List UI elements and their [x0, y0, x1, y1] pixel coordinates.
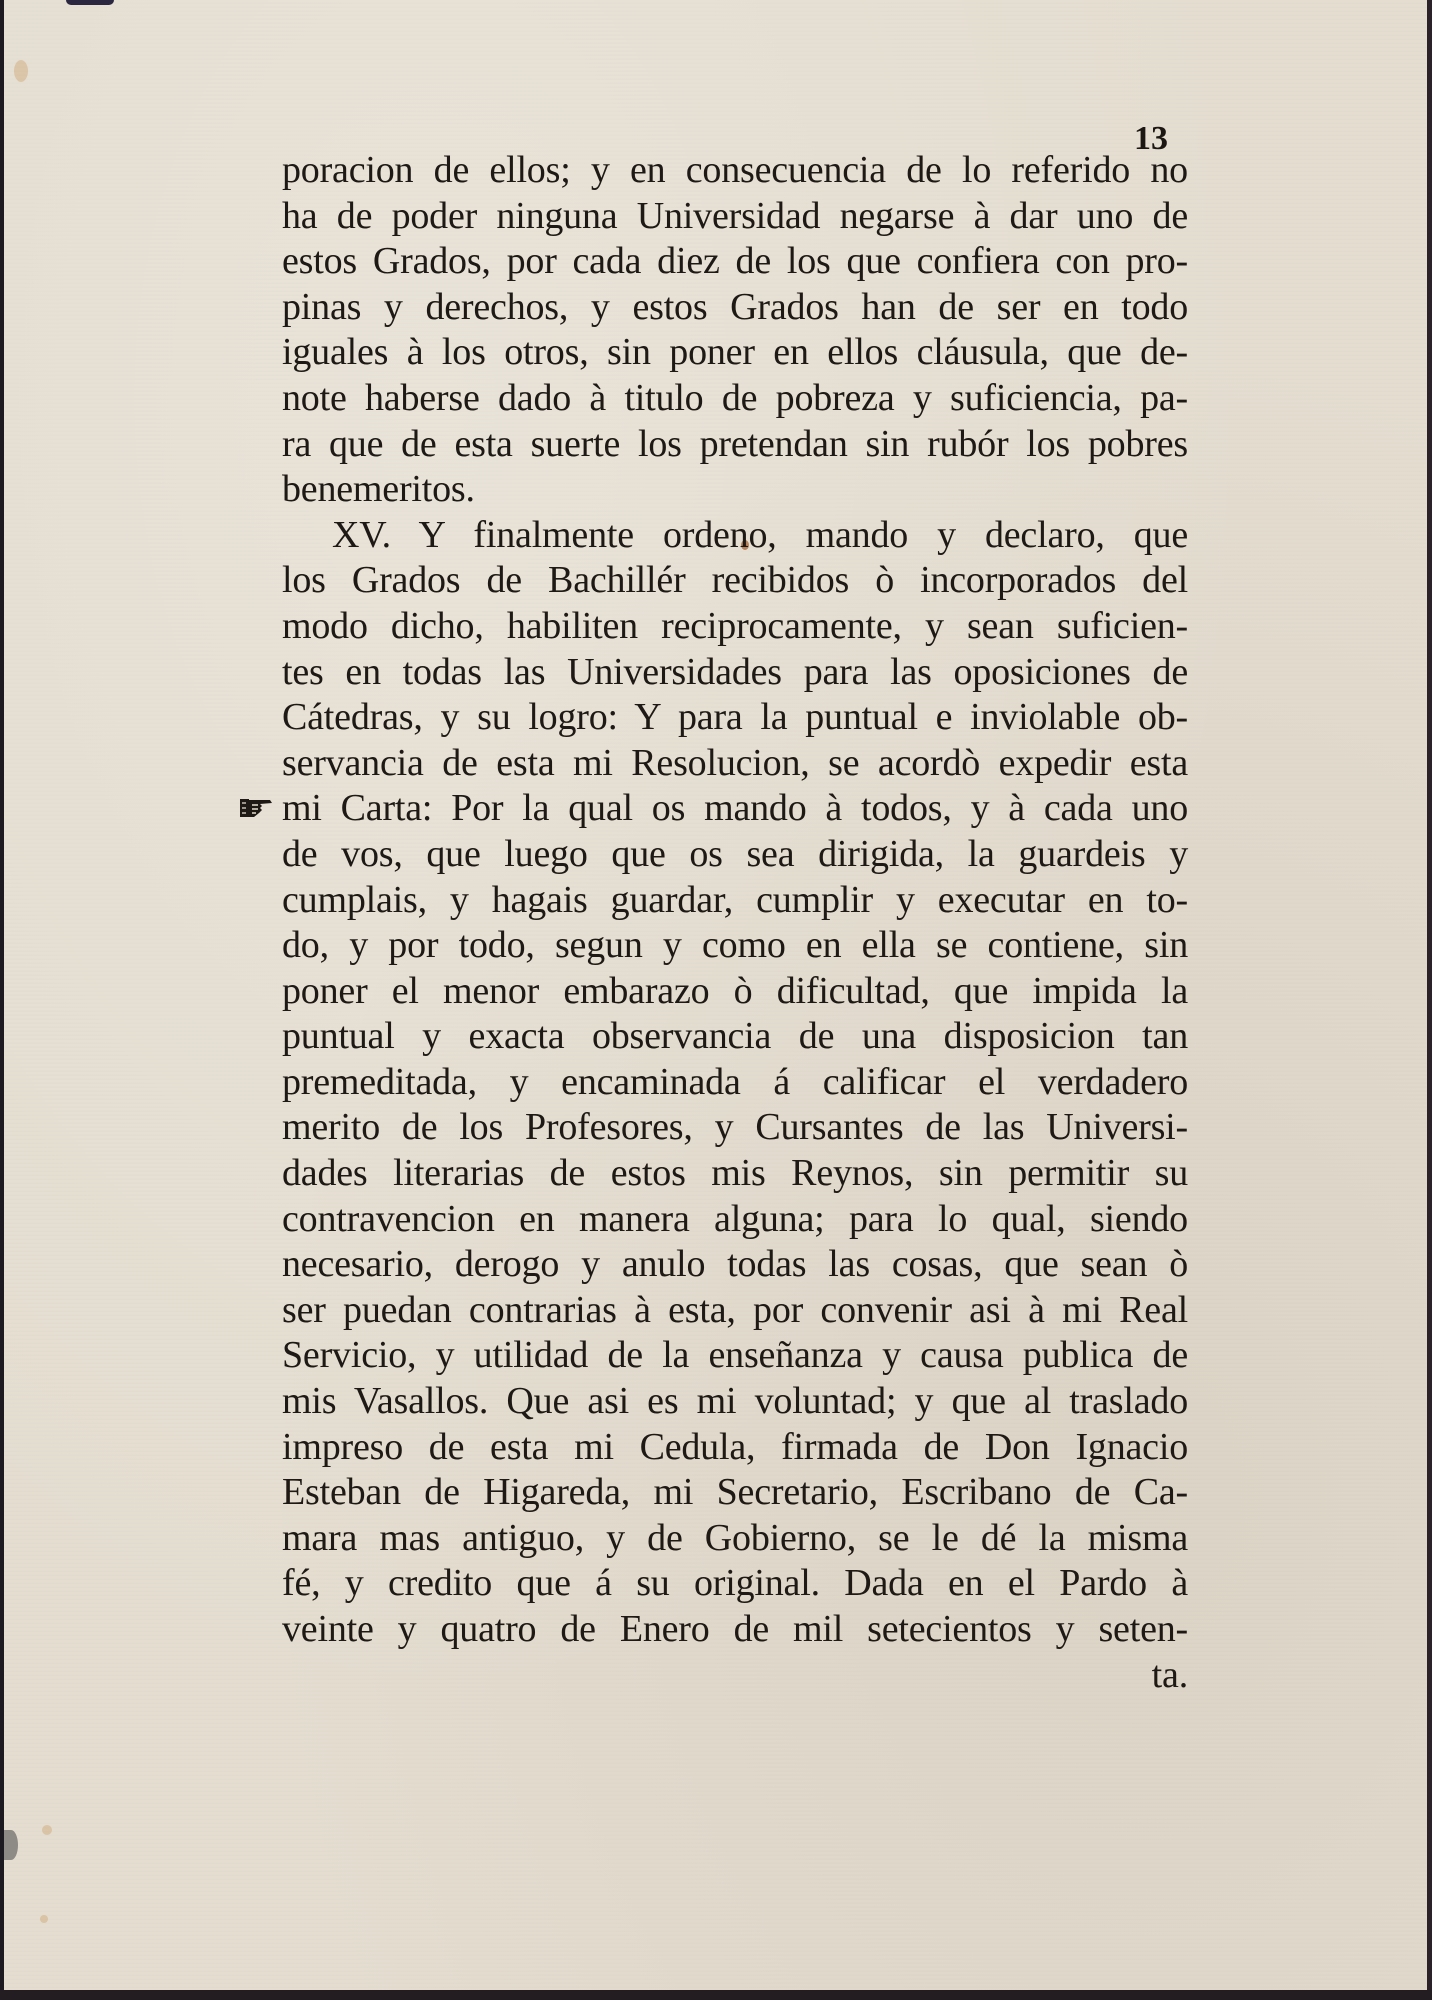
text-line-final: ta. — [282, 1653, 1188, 1699]
text-line: iguales à los otros, sin poner en ellos … — [282, 330, 1188, 376]
document-page: 13 poracion de ellos; y en consecuencia … — [4, 0, 1428, 1992]
text-line: puntual y exacta observancia de una disp… — [282, 1014, 1188, 1060]
text-line: necesario, derogo y anulo todas las cosa… — [282, 1242, 1188, 1288]
text-line: servancia de esta mi Resolucion, se acor… — [282, 741, 1188, 787]
manicule-pointing-hand-icon — [240, 796, 274, 820]
scan-edge — [0, 1990, 1432, 2000]
ink-blot — [66, 0, 114, 5]
paper-stain — [14, 60, 28, 82]
text-line: benemeritos. — [282, 467, 1188, 513]
text-line: poracion de ellos; y en consecuencia de … — [282, 148, 1188, 194]
text-line: note haberse dado à titulo de pobreza y … — [282, 376, 1188, 422]
text-line: mis Vasallos. Que asi es mi voluntad; y … — [282, 1379, 1188, 1425]
text-line: ha de poder ninguna Universidad negarse … — [282, 194, 1188, 240]
text-line: veinte y quatro de Enero de mil setecien… — [282, 1607, 1188, 1653]
text-line-content: mi Carta: Por la qual os mando à todos, … — [282, 786, 1188, 832]
text-line: fé, y credito que á su original. Dada en… — [282, 1561, 1188, 1607]
section-heading-line: XV. Y finalmente ordeno, mando y declaro… — [282, 513, 1188, 559]
text-line: Esteban de Higareda, mi Secretario, Escr… — [282, 1470, 1188, 1516]
paper-stain — [42, 1825, 52, 1835]
text-line-with-manicule: mi Carta: Por la qual os mando à todos, … — [282, 786, 1188, 832]
text-line: tes en todas las Universidades para las … — [282, 650, 1188, 696]
body-text: poracion de ellos; y en consecuencia de … — [282, 148, 1188, 1698]
text-line: cumplais, y hagais guardar, cumplir y ex… — [282, 878, 1188, 924]
text-line: contravencion en manera alguna; para lo … — [282, 1197, 1188, 1243]
text-line: mara mas antiguo, y de Gobierno, se le d… — [282, 1516, 1188, 1562]
text-line: do, y por todo, segun y como en ella se … — [282, 923, 1188, 969]
text-line: impreso de esta mi Cedula, firmada de Do… — [282, 1425, 1188, 1471]
text-line: de vos, que luego que os sea dirigida, l… — [282, 832, 1188, 878]
scan-edge — [1427, 0, 1432, 2000]
text-line: merito de los Profesores, y Cursantes de… — [282, 1105, 1188, 1151]
text-line: Cátedras, y su logro: Y para la puntual … — [282, 695, 1188, 741]
text-line: modo dicho, habiliten reciprocamente, y … — [282, 604, 1188, 650]
text-line: los Grados de Bachillér recibidos ò inco… — [282, 558, 1188, 604]
text-line: premeditada, y encaminada á calificar el… — [282, 1060, 1188, 1106]
text-line: ser puedan contrarias à esta, por conven… — [282, 1288, 1188, 1334]
text-line: estos Grados, por cada diez de los que c… — [282, 239, 1188, 285]
text-line: Servicio, y utilidad de la enseñanza y c… — [282, 1333, 1188, 1379]
text-line: dades literarias de estos mis Reynos, si… — [282, 1151, 1188, 1197]
text-line: pinas y derechos, y estos Grados han de … — [282, 285, 1188, 331]
text-line: ra que de esta suerte los pretendan sin … — [282, 422, 1188, 468]
paper-tear — [4, 1830, 18, 1860]
paper-stain — [40, 1915, 48, 1923]
text-line: poner el menor embarazo ò dificultad, qu… — [282, 969, 1188, 1015]
